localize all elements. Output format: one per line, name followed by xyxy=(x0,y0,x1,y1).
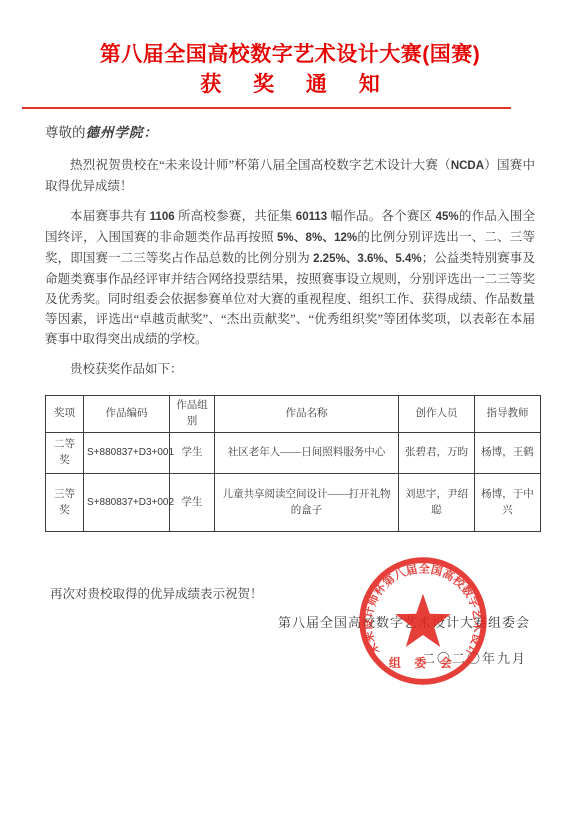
paragraph-congratulations: 热烈祝贺贵校在“未来设计师”杯第八届全国高校数字艺术设计大赛（NCDA）国赛中取… xyxy=(45,155,535,196)
cell-creators: 刘思宇，尹绍聪 xyxy=(399,474,475,532)
cell-work-title: 社区老年人——日间照料服务中心 xyxy=(215,433,399,474)
p2-seg: ；公益类特别赛事及命题类赛事作品经评审并结合网络投票结果，按照赛事设立规则，分别… xyxy=(45,251,535,346)
document-subtitle: 获 奖 通 知 xyxy=(45,70,535,100)
header-divider-rule xyxy=(22,107,511,109)
cell-work-code: S+880837+D3+002 xyxy=(84,474,170,532)
cell-work-code: S+880837+D3+001 xyxy=(84,433,170,474)
header-work-title: 作品名称 xyxy=(215,396,399,433)
document-title: 第八届全国高校数字艺术设计大赛(国赛) xyxy=(45,40,535,70)
awards-table: 奖项 作品编码 作品组别 作品名称 创作人员 指导教师 二等奖 S+880837… xyxy=(45,395,541,532)
cell-award: 二等奖 xyxy=(46,433,84,474)
p2-seg: 所高校参赛，共征集 xyxy=(175,209,296,223)
greeting-prefix: 尊敬的 xyxy=(45,125,86,140)
greeting-colon: ： xyxy=(144,125,159,140)
award-notice-document: 第八届全国高校数字艺术设计大赛(国赛) 获 奖 通 知 尊敬的德州学院： 热烈祝… xyxy=(0,0,572,823)
p2-pct-finalist: 45% xyxy=(436,211,459,223)
header-creators: 创作人员 xyxy=(399,396,475,433)
table-row: 二等奖 S+880837+D3+001 学生 社区老年人——日间照料服务中心 张… xyxy=(46,433,541,474)
p1-ncda: NCDA xyxy=(451,160,484,172)
header-award: 奖项 xyxy=(46,396,84,433)
p2-seg: 本届赛事共有 xyxy=(70,209,150,223)
p2-num-schools: 1106 xyxy=(150,211,175,223)
header-work-code: 作品编码 xyxy=(84,396,170,433)
table-row: 三等奖 S+880837+D3+002 学生 儿童共享阅读空间设计——打开礼物的… xyxy=(46,474,541,532)
cell-creators: 张碧君，万昀 xyxy=(399,433,475,474)
paragraph-works-intro: 贵校获奖作品如下： xyxy=(45,359,535,379)
p2-num-works: 60113 xyxy=(296,211,327,223)
awards-table-header-row: 奖项 作品编码 作品组别 作品名称 创作人员 指导教师 xyxy=(46,396,541,433)
paragraph-competition-stats: 本届赛事共有 1106 所高校参赛，共征集 60113 幅作品。各个赛区 45%… xyxy=(45,206,535,349)
cell-work-title: 儿童共享阅读空间设计——打开礼物的盒子 xyxy=(215,474,399,532)
header-work-group: 作品组别 xyxy=(170,396,215,433)
header-advisors: 指导教师 xyxy=(475,396,541,433)
p1-text: 热烈祝贺贵校在“未来设计师”杯第八届全国高校数字艺术设计大赛（ xyxy=(70,158,451,172)
p2-seg: 幅作品。各个赛区 xyxy=(327,209,435,223)
p2-pct-tiers: 5%、8%、12% xyxy=(277,232,357,244)
document-content: 第八届全国高校数字艺术设计大赛(国赛) 获 奖 通 知 尊敬的德州学院： 热烈祝… xyxy=(0,0,572,604)
seal-bottom-label: 组 委 会 xyxy=(389,655,457,670)
cell-advisors: 杨博，于中兴 xyxy=(475,474,541,532)
greeting-line: 尊敬的德州学院： xyxy=(45,124,535,142)
p2-pct-totals: 2.25%、3.6%、5.4% xyxy=(313,253,421,265)
committee-seal-stamp: 未来设计师杯第八届全国高校数字艺术设计大赛 组 委 会 xyxy=(358,556,488,686)
school-name: 德州学院 xyxy=(86,125,144,140)
cell-advisors: 杨博，王鹤 xyxy=(475,433,541,474)
cell-work-group: 学生 xyxy=(170,433,215,474)
seal-star-icon xyxy=(395,594,451,647)
cell-award: 三等奖 xyxy=(46,474,84,532)
cell-work-group: 学生 xyxy=(170,474,215,532)
